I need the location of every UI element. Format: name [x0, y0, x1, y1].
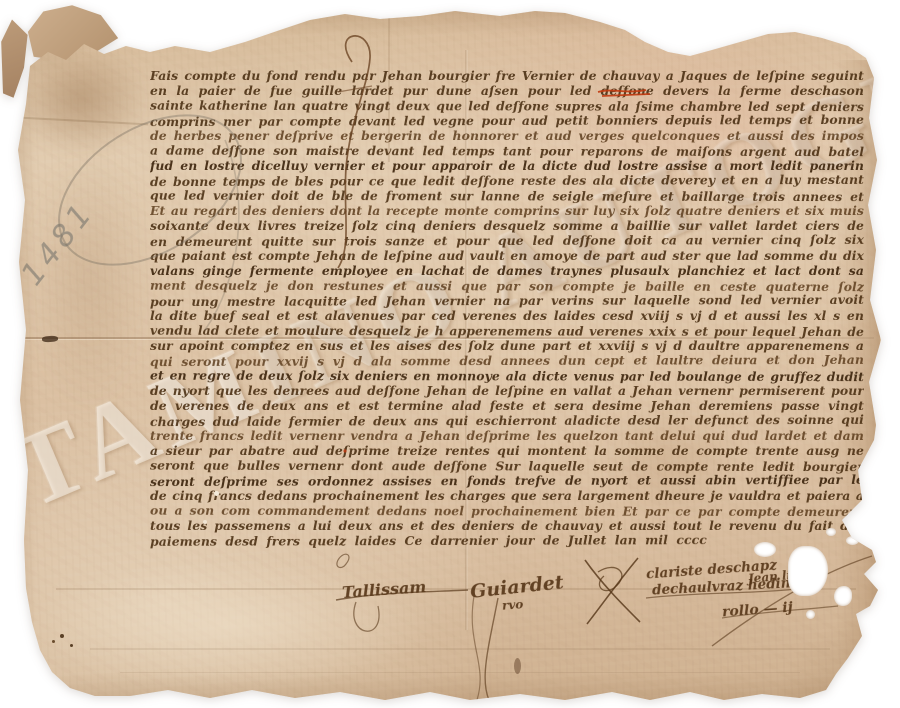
edge-shading: [0, 0, 900, 708]
manuscript-sheet: TAMINO AUTOGRAPHS 1481 Fais compte du fo…: [0, 0, 900, 708]
torn-corner-fragment: [0, 16, 30, 102]
document-photo: TAMINO AUTOGRAPHS 1481 Fais compte du fo…: [0, 0, 900, 708]
parchment: TAMINO AUTOGRAPHS 1481 Fais compte du fo…: [0, 0, 900, 708]
